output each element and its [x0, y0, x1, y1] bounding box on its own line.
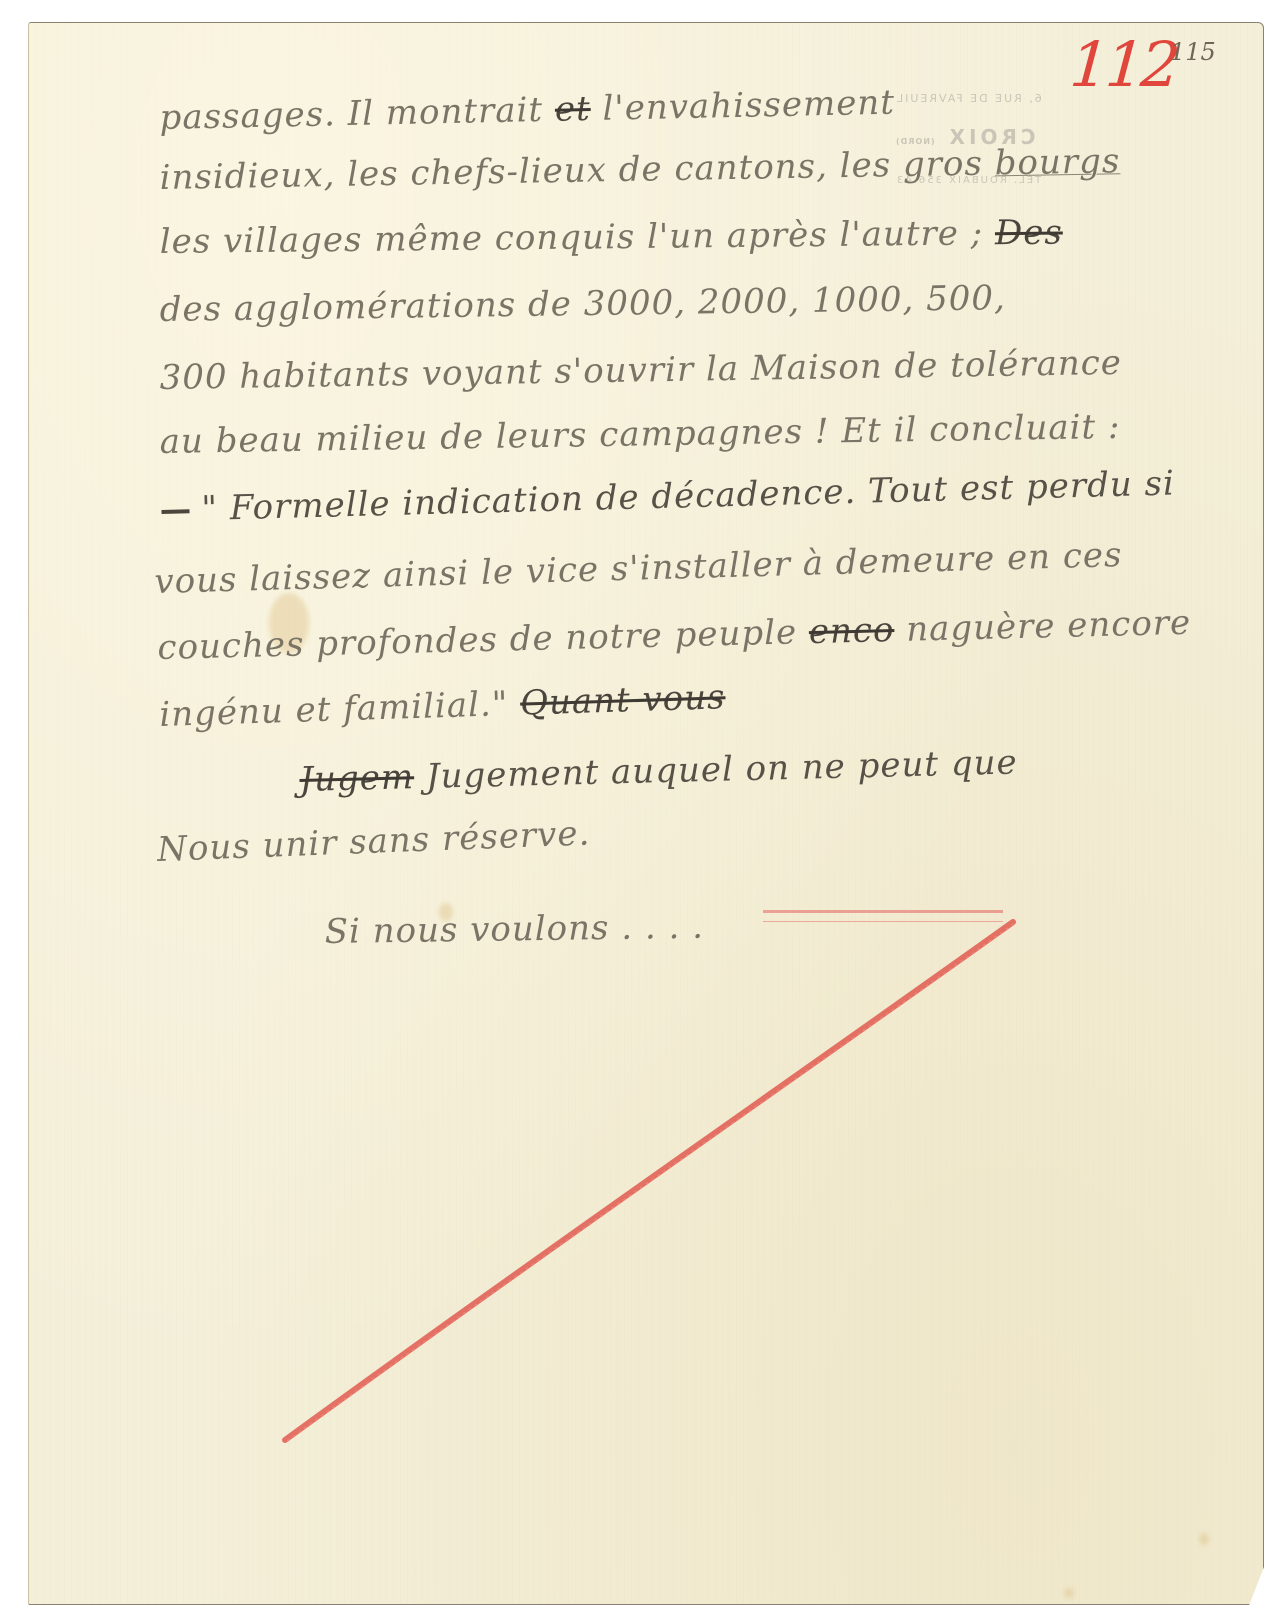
- manuscript-line-13: Si nous voulons . . . .: [324, 907, 704, 952]
- struck-word: Jugem: [299, 757, 415, 800]
- folio-number-red: 112: [1067, 28, 1178, 101]
- paper-stain: [1064, 1588, 1074, 1598]
- struck-word: Des: [995, 213, 1063, 254]
- dash-mark: [161, 509, 189, 514]
- struck-word: enco: [808, 610, 894, 652]
- underlined-word: bourgs: [994, 141, 1120, 183]
- struck-word: Quant vous: [520, 677, 727, 723]
- red-crayon-scribble: [763, 910, 1003, 922]
- paper-stain: [1199, 1533, 1209, 1545]
- struck-word: et: [554, 89, 591, 130]
- folio-number-pencil: 115: [1170, 38, 1216, 66]
